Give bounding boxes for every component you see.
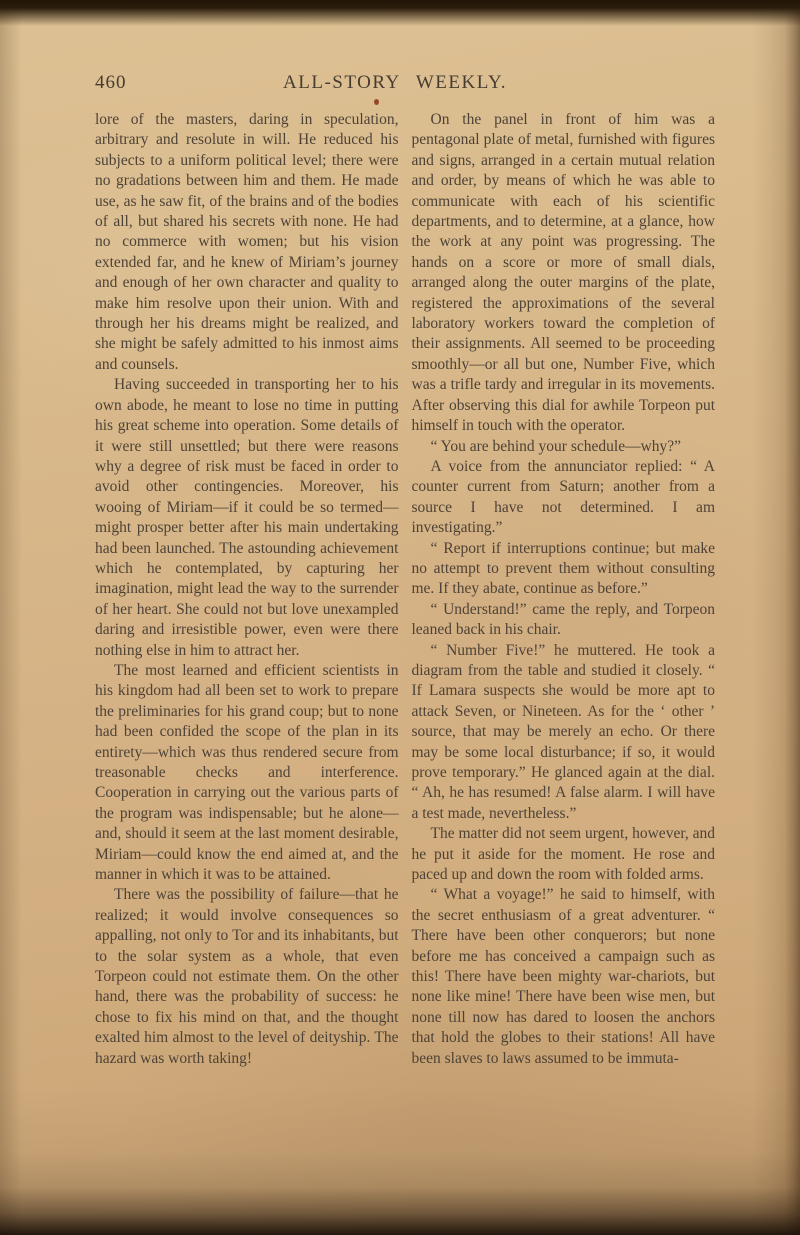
paragraph: lore of the masters, daring in speculati…: [95, 110, 399, 375]
paragraph: There was the possibility of failure—tha…: [95, 885, 399, 1069]
paragraph: The most learned and efficient scientist…: [95, 661, 399, 885]
text-columns: lore of the masters, daring in speculati…: [95, 110, 715, 1069]
paragraph: “ You are behind your schedule—why?”: [412, 437, 716, 457]
right-column: On the panel in front of him was a penta…: [412, 110, 716, 1069]
left-column: lore of the masters, daring in speculati…: [95, 110, 399, 1069]
paragraph: “ Report if interruptions continue; but …: [412, 539, 716, 600]
paragraph: The matter did not seem urgent, however,…: [412, 824, 716, 885]
page-number: 460: [95, 72, 127, 94]
page-top-edge-shadow: [0, 0, 800, 26]
ink-speck: [374, 99, 379, 105]
magazine-title: ALL-STORY WEEKLY.: [95, 72, 695, 94]
paragraph: Having succeeded in transporting her to …: [95, 375, 399, 661]
page-header: 460 ALL-STORY WEEKLY.: [95, 72, 695, 98]
paragraph: “ What a voyage!” he said to himself, wi…: [412, 885, 716, 1069]
paragraph: “ Number Five!” he muttered. He took a d…: [412, 641, 716, 825]
page-bottom-edge-shadow: [0, 1085, 800, 1235]
page-left-edge-shadow: [0, 0, 22, 1235]
paragraph: “ Understand!” came the reply, and Torpe…: [412, 600, 716, 641]
paragraph: A voice from the annunciator replied: “ …: [412, 457, 716, 539]
magazine-page: 460 ALL-STORY WEEKLY. lore of the master…: [0, 0, 800, 1235]
paragraph: On the panel in front of him was a penta…: [412, 110, 716, 437]
page-right-edge-shadow: [752, 0, 800, 1235]
